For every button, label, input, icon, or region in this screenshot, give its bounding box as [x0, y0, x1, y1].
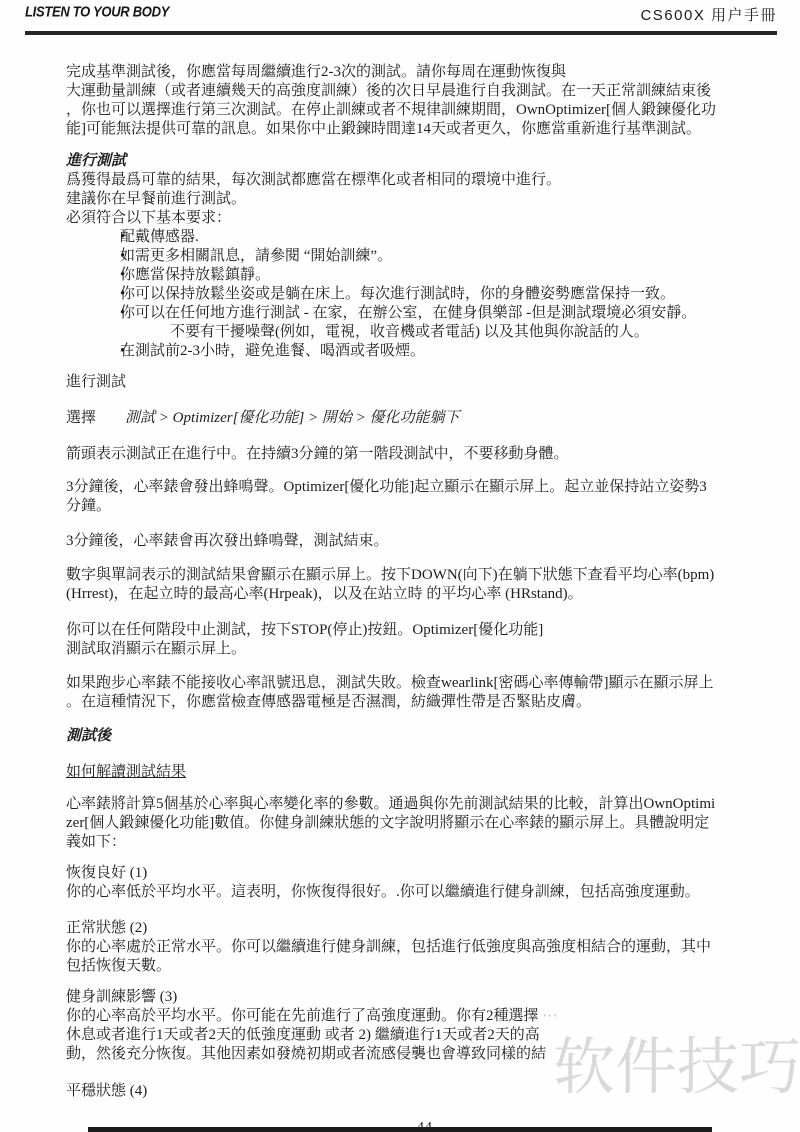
state-title: 正常狀態 (2) — [66, 919, 738, 938]
paragraph-test-conditions: 爲獲得最爲可靠的結果，每次測試都應當在標準化或者相同的環境中進行。 建議你在早餐… — [66, 171, 738, 228]
text-line: 包括恢復天數。 — [66, 957, 738, 976]
paragraph-arrow: 箭頭表示測試正在進行中。在持續3分鐘的第一階段測試中，不要移動身體。 — [66, 445, 738, 464]
text-line: 義如下： — [66, 833, 738, 852]
list-item-text: 你可以保持放鬆坐姿或是躺在床上。每次進行測試時，你的身體姿勢應當保持一致。 — [120, 285, 738, 304]
paragraph-parameters: 心率錶將計算5個基於心率與心率變化率的參數。通過與你先前測試結果的比較，計算出O… — [66, 795, 738, 852]
list-item-text: 你可以在任何地方進行測試 - 在家，在辦公室，在健身俱樂部 -但是測試環境必須安… — [120, 304, 738, 323]
header-rule — [25, 31, 777, 35]
section-heading-interpret-results: 如何解讀測試結果 — [66, 763, 738, 782]
list-item-text: 在測試前2-3小時，避免進餐、喝酒或者吸煙。 — [120, 342, 738, 361]
text-line: 。在這種情況下，你應當檢查傳感器電極是否濕潤，紡織彈性帶是否緊貼皮膚。 — [66, 693, 738, 712]
menu-path-label: 選擇 — [66, 409, 125, 428]
section-heading-taking-test: 進行測試 — [66, 152, 738, 171]
text-line: 大運動量訓練（或者連續幾天的高強度訓練）後的次日早晨進行自我測試。在一天正常訓練… — [66, 82, 738, 101]
text-line: 能]可能無法提供可靠的訊息。如果你中止鍛鍊時間達14天或者更久，你應當重新進行基… — [66, 120, 738, 139]
text-line: 完成基準測試後，你應當每周繼續進行2-3次的測試。請你每周在運動恢復與 — [66, 63, 738, 82]
section-heading-after-test: 測試後 — [66, 727, 738, 746]
bullet-icon: • — [66, 304, 120, 323]
text-line: 你的心率處於正常水平。你可以繼續進行健身訓練，包括進行低強度與高強度相結合的運動… — [66, 938, 738, 957]
text-line: 數字與單詞表示的測試結果會顯示在顯示屏上。按下DOWN(向下)在躺下狀態下查看平… — [66, 566, 738, 585]
paragraph-stand-up: 3分鐘後，心率錶會發出蜂鳴聲。Optimizer[優化功能]起立顯示在顯示屏上。… — [66, 478, 738, 516]
text-line: 爲獲得最爲可靠的結果，每次測試都應當在標準化或者相同的環境中進行。 — [66, 171, 738, 190]
document-title: CS600X 用户手冊 — [640, 4, 777, 25]
paragraph-signal-failure: 如果跑步心率錶不能接收心率訊號迅息，測試失敗。檢查wearlink[密碼心率傳輸… — [66, 674, 738, 712]
state-title: 恢復良好 (1) — [66, 864, 738, 883]
text-line: zer[個人鍛鍊優化功能]數值。你健身訓練狀態的文字說明將顯示在心率錶的顯示屏上… — [66, 814, 738, 833]
state-title: 健身訓練影響 (3) — [66, 988, 738, 1007]
list-item: • 配戴傳感器. — [66, 228, 738, 247]
footer-rule — [88, 1127, 712, 1132]
brand-logo: LISTEN TO YOUR BODY — [25, 3, 169, 20]
page-content: 完成基準測試後，你應當每周繼續進行2-3次的測試。請你每周在運動恢復與 大運動量… — [66, 63, 738, 1101]
list-item-text: 配戴傳感器. — [120, 228, 738, 247]
list-item: • 你應當保持放鬆鎮靜。 — [66, 266, 738, 285]
text-line: 必須符合以下基本要求： — [66, 209, 738, 228]
state-normal: 正常狀態 (2) 你的心率處於正常水平。你可以繼續進行健身訓練，包括進行低強度與… — [66, 919, 738, 976]
list-item: • 如需更多相關訊息，請參閱 “開始訓練”。 — [66, 247, 738, 266]
manual-page: LISTEN TO YOUR BODY CS600X 用户手冊 完成基準測試後，… — [0, 0, 800, 1132]
list-item: • 在測試前2-3小時，避免進餐、喝酒或者吸煙。 — [66, 342, 738, 361]
paragraph-results-display: 數字與單詞表示的測試結果會顯示在顯示屏上。按下DOWN(向下)在躺下狀態下查看平… — [66, 566, 738, 604]
menu-path: 選擇測試 > Optimizer[優化功能] > 開始 > 優化功能躺下 — [66, 409, 738, 428]
page-header: LISTEN TO YOUR BODY CS600X 用户手冊 — [25, 4, 777, 25]
text-line: 3分鐘後，心率錶會發出蜂鳴聲。Optimizer[優化功能]起立顯示在顯示屏上。… — [66, 478, 738, 497]
list-item: • 你可以保持放鬆坐姿或是躺在床上。每次進行測試時，你的身體姿勢應當保持一致。 — [66, 285, 738, 304]
list-item-text: 你應當保持放鬆鎮靜。 — [120, 266, 738, 285]
text-line: 分鐘。 — [66, 497, 738, 516]
bullet-icon: • — [66, 228, 120, 247]
paragraph-baseline-test: 完成基準測試後，你應當每周繼續進行2-3次的測試。請你每周在運動恢復與 大運動量… — [66, 63, 738, 139]
list-item-text: 不要有干擾噪聲(例如，電視，收音機或者電話) 以及其他與你說話的人。 — [170, 323, 738, 342]
watermark: 软件技巧 — [553, 1028, 800, 1109]
bullet-icon: • — [66, 266, 120, 285]
text-line: 建議你在早餐前進行測試。 — [66, 190, 738, 209]
paragraph-test-end: 3分鐘後，心率錶會再次發出蜂鳴聲，測試結束。 — [66, 532, 738, 551]
text-line: 測試取消顯示在顯示屏上。 — [66, 640, 738, 659]
requirements-list: • 配戴傳感器. • 如需更多相關訊息，請參閱 “開始訓練”。 • 你應當保持放… — [66, 228, 738, 361]
text-line: 心率錶將計算5個基於心率與心率變化率的參數。通過與你先前測試結果的比較，計算出O… — [66, 795, 738, 814]
state-good-recovery: 恢復良好 (1) 你的心率低於平均水平。這表明，你恢復得很好。.你可以繼續進行健… — [66, 864, 738, 902]
text-line: ，你也可以選擇進行第三次測試。在停止訓練或者不規律訓練期間，OwnOptimiz… — [66, 101, 738, 120]
menu-path-value: 測試 > Optimizer[優化功能] > 開始 > 優化功能躺下 — [125, 410, 460, 426]
text-line: 你可以在任何階段中止測試，按下STOP(停止)按鈕。Optimizer[優化功能… — [66, 621, 738, 640]
bullet-icon: • — [66, 247, 120, 266]
text-line: 如果跑步心率錶不能接收心率訊號迅息，測試失敗。檢查wearlink[密碼心率傳輸… — [66, 674, 738, 693]
text-line: 你的心率低於平均水平。這表明，你恢復得很好。.你可以繼續進行健身訓練，包括高強度… — [66, 883, 738, 902]
subheading-taking-test: 進行測試 — [66, 373, 738, 392]
text-line-main: 你的心率高於平均水平。你可能在先前進行了高強度運動。你有2種選擇 — [66, 1008, 539, 1024]
bullet-icon: • — [66, 342, 120, 361]
text-line: 你的心率高於平均水平。你可能在先前進行了高強度運動。你有2種選擇 ⋯ — [66, 1007, 738, 1026]
bullet-icon: • — [66, 285, 120, 304]
faded-text: ⋯ — [542, 1008, 559, 1024]
text-line: (Hrrest)，在起立時的最高心率(Hrpeak)，以及在站立時 的平均心率 … — [66, 585, 738, 604]
paragraph-stop-test: 你可以在任何階段中止測試，按下STOP(停止)按鈕。Optimizer[優化功能… — [66, 621, 738, 659]
list-item-text: 如需更多相關訊息，請參閱 “開始訓練”。 — [120, 247, 738, 266]
list-item: • 你可以在任何地方進行測試 - 在家，在辦公室，在健身俱樂部 -但是測試環境必… — [66, 304, 738, 342]
